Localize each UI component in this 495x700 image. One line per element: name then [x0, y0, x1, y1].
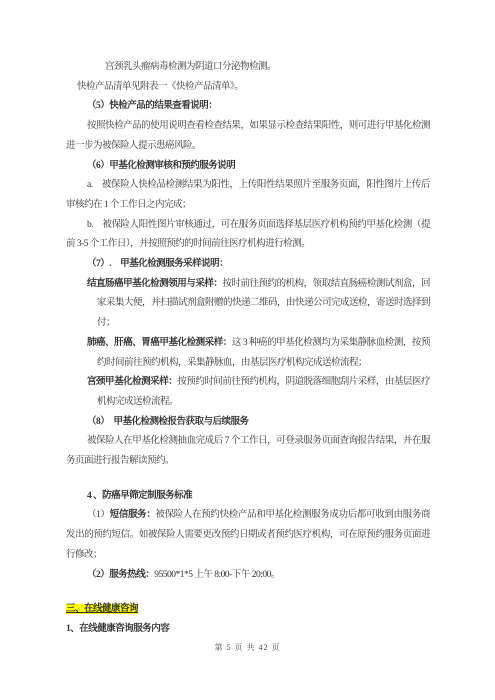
text-run: 95500*1*5 上午 8:00-下午 20:00。 — [154, 570, 280, 580]
text-run: 快检产品清单见附表一《快检产品清单》。 — [77, 82, 243, 92]
para-blood-sampling: 肺癌、肝癌、胃癌甲基化检测采样：这 3 种癌的甲基化检测均为采集静脉血检测，按预… — [66, 334, 430, 373]
text-run: （6）甲基化检测审核和预约服务说明 — [87, 161, 235, 171]
heading-7-sampling: （7）. 甲基化检测服务采样说明： — [66, 255, 430, 275]
text-run: 1、在线健康咨询服务内容 — [66, 624, 169, 634]
para-item-b: b. 被保险人阳性图片审核通过，可在服务页面选择基层医疗机构预约甲基化检测（提前… — [66, 216, 430, 255]
text-run: 肺癌、肝癌、胃癌甲基化检测采样： — [87, 338, 232, 348]
para-report-desc: 被保险人在甲基化检测抽血完成后 7 个工作日，可登录服务页面查询报告结果，并在服… — [66, 432, 430, 471]
heading-5-result-check: （5）快检产品的结果查看说明： — [66, 97, 430, 117]
para-cervical-sampling: 宫颈甲基化检测采样：按预约时间前往预约机构，阴道脱落细胞刮片采样，由基层医疗机构… — [66, 373, 430, 412]
text-run: 被保险人在甲基化检测抽血完成后 7 个工作日，可登录服务页面查询报告结果，并在服… — [66, 436, 430, 466]
text-run: 短信服务： — [110, 510, 156, 520]
text-run: （1） — [87, 510, 110, 520]
text-run: 宫颈乳头瘤病毒检测为阴道口分泌物检测。 — [105, 62, 276, 72]
text-run: 4 、防癌早筛定制服务标准 — [87, 491, 192, 501]
para-hpv-sample-note: 宫颈乳头瘤病毒检测为阴道口分泌物检测。 — [66, 58, 430, 78]
heading-online-consult-content: 1、在线健康咨询服务内容 — [66, 620, 430, 640]
para-result-check-desc: 按照快检产品的使用说明查看检查结果，如果显示检查结果阳性，则可进行甲基化检测进一… — [66, 117, 430, 156]
text-run: b. 被保险人阳性图片审核通过，可在服务页面选择基层医疗机构预约甲基化检测（提前… — [66, 220, 430, 250]
heading-8-report: （8） 甲基化检测检报告获取与后续服务 — [66, 413, 430, 433]
page-number-label: 第 5 页 共 42 页 — [215, 643, 281, 652]
text-run: 结直肠癌甲基化检测领用与采样： — [87, 279, 222, 289]
heading-section-3-online-consult: 三、在线健康咨询 — [66, 600, 430, 620]
document-page: 宫颈乳头瘤病毒检测为阴道口分泌物检测。快检产品清单见附表一《快检产品清单》。（5… — [0, 0, 495, 700]
text-run: a. 被保险人快检品检测结果为阳性，上传阳性结果照片至服务页面，阳性图片上传后审… — [66, 180, 430, 210]
text-run: （5）快检产品的结果查看说明： — [87, 101, 217, 111]
text-run: （2）服务热线： — [87, 570, 154, 580]
para-colorectal-sampling: 结直肠癌甲基化检测领用与采样：按时前往预约的机构，领取结直肠癌检测试剂盒，回家采… — [66, 275, 430, 334]
heading-6-review-booking: （6）甲基化检测审核和预约服务说明 — [66, 157, 430, 177]
page-footer: 第 5 页 共 42 页 — [0, 642, 495, 653]
para-hotline: （2）服务热线：95500*1*5 上午 8:00-下午 20:00。 — [66, 566, 430, 586]
text-run: （7）. 甲基化检测服务采样说明： — [87, 259, 228, 269]
highlighted-heading-text: 三、在线健康咨询 — [66, 604, 138, 614]
text-run: 宫颈甲基化检测采样： — [87, 377, 177, 387]
text-run: 按照快检产品的使用说明查看检查结果，如果显示检查结果阳性，则可进行甲基化检测进一… — [66, 121, 430, 151]
heading-4-service-standard: 4 、防癌早筛定制服务标准 — [66, 487, 430, 507]
document-body: 宫颈乳头瘤病毒检测为阴道口分泌物检测。快检产品清单见附表一《快检产品清单》。（5… — [66, 0, 430, 640]
para-sms-service: （1）短信服务：被保险人在预约快检产品和甲基化检测服务成功后都可收到由服务商发出… — [66, 506, 430, 565]
para-item-a: a. 被保险人快检品检测结果为阳性，上传阳性结果照片至服务页面，阳性图片上传后审… — [66, 176, 430, 215]
text-run: （8） 甲基化检测检报告获取与后续服务 — [87, 417, 249, 427]
para-product-list-ref: 快检产品清单见附表一《快检产品清单》。 — [66, 78, 430, 98]
